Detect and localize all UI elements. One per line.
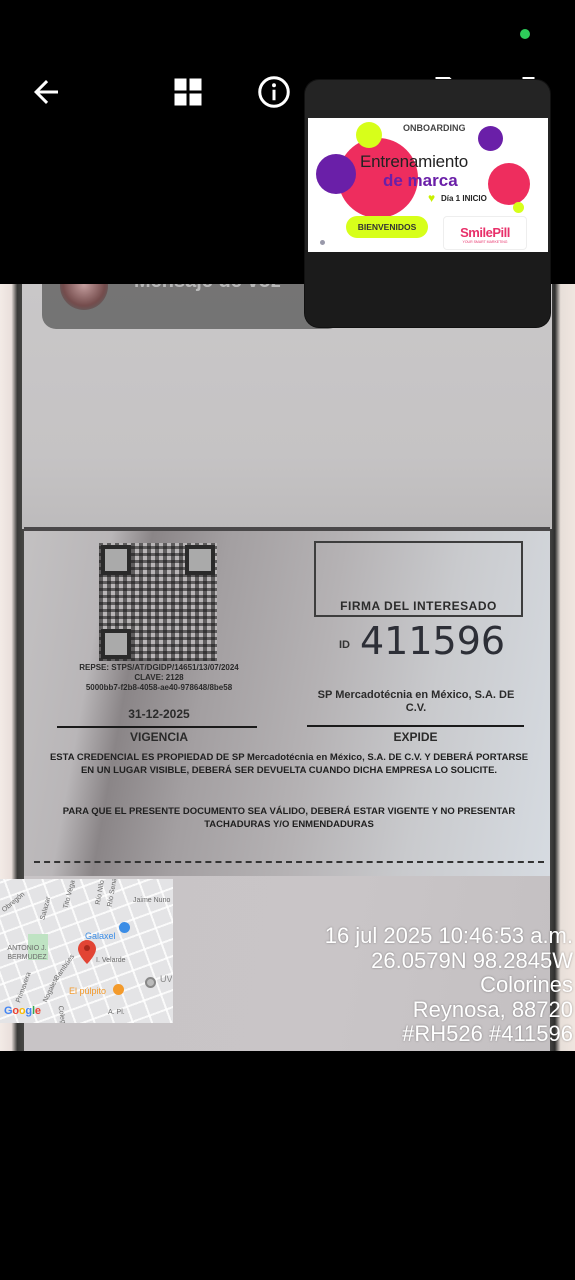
qr-code — [99, 543, 217, 661]
poi-label: El púlpito — [69, 986, 106, 996]
decor-circle — [478, 126, 503, 151]
legal-text-validity: PARA QUE EL PRESENTE DOCUMENTO SEA VÁLID… — [54, 805, 524, 831]
signature-label: FIRMA DEL INTERESADO — [316, 599, 521, 613]
status-indicator-dot — [520, 29, 530, 39]
validity-label: VIGENCIA — [59, 730, 259, 744]
street-label: Colegio — [56, 1005, 67, 1023]
divider — [307, 725, 524, 727]
location-pin-icon — [78, 940, 96, 964]
gps-timestamp-overlay: 16 jul 2025 10:46:53 a.m. 26.0579N 98.28… — [325, 924, 573, 1047]
pip-lower-area — [305, 250, 550, 327]
brand-name: SmilePill — [444, 225, 526, 240]
uuid-text: 5000bb7-f2b8-4058-ae40-978648/8be58 — [44, 683, 274, 692]
info-icon[interactable] — [256, 74, 292, 110]
area-label: ANTONIO J. BERMUDEZ — [5, 944, 49, 962]
street-label: A. Pl. — [108, 1009, 125, 1016]
picture-in-picture-window[interactable]: ONBOARDING Entrenamiento de marca ♥ Día … — [305, 80, 550, 327]
timestamp-neighborhood: Colorines — [325, 973, 573, 998]
clave-text: CLAVE: 2128 — [44, 673, 274, 682]
slide-title: Entrenamiento — [360, 152, 468, 172]
street-label: Jaime Nuno — [133, 897, 170, 904]
voice-message-label: Mensaje de voz — [134, 284, 281, 293]
restaurant-icon — [113, 984, 124, 995]
decor-circle — [488, 163, 530, 205]
welcome-badge: BIENVENIDOS — [346, 216, 428, 238]
google-logo: Google — [4, 1005, 41, 1017]
street-label: Obregón — [1, 891, 26, 914]
issuer-label: EXPIDE — [307, 730, 524, 744]
university-icon — [145, 977, 156, 988]
dashed-cut-line — [34, 861, 544, 863]
slide-day-label: Día 1 INICIO — [441, 194, 487, 203]
grid-icon[interactable] — [170, 74, 206, 110]
timestamp-tags: #RH526 #411596 — [325, 1022, 573, 1047]
poi-label: UV Val — [160, 974, 173, 984]
street-label: Primavera — [15, 971, 32, 1003]
brand-logo: SmilePill YOUR SMART MARKETING — [443, 216, 527, 250]
avatar — [60, 284, 108, 310]
divider — [57, 726, 257, 728]
validity-date: 31-12-2025 — [59, 707, 259, 721]
presentation-slide: ONBOARDING Entrenamiento de marca ♥ Día … — [308, 118, 548, 252]
employee-credential: REPSE: STPS/AT/DGIDP/14651/13/07/2024 CL… — [24, 527, 550, 879]
brand-tagline: YOUR SMART MARKETING — [444, 240, 526, 244]
location-map-thumbnail[interactable]: Obregón Salazar Tito Vega Río Nilo Río S… — [0, 879, 173, 1023]
repse-text: REPSE: STPS/AT/DGIDP/14651/13/07/2024 — [44, 663, 274, 672]
back-arrow-icon[interactable] — [28, 74, 64, 110]
street-label: Tito Vega — [62, 879, 76, 909]
decor-circle — [316, 154, 356, 194]
id-number: 411596 — [360, 619, 505, 663]
timestamp-datetime: 16 jul 2025 10:46:53 a.m. — [325, 924, 573, 949]
id-prefix: ID — [339, 639, 350, 651]
signature-box: FIRMA DEL INTERESADO — [314, 541, 523, 617]
street-label: Nogales — [42, 977, 59, 1003]
legal-text-ownership: ESTA CREDENCIAL ES PROPIEDAD DE SP Merca… — [44, 751, 534, 777]
street-label: Bambúes — [53, 953, 76, 981]
shopping-icon — [119, 922, 130, 933]
street-label: Río Nilo — [95, 880, 106, 906]
slide-indicator-icon — [320, 240, 325, 245]
decor-circle — [356, 122, 382, 148]
street-label: Salazar — [39, 896, 52, 921]
issuer-name: SP Mercadotécnia en México, S.A. DE C.V. — [306, 689, 526, 715]
voice-message-bubble: Mensaje de voz — [42, 284, 342, 329]
slide-kicker: ONBOARDING — [403, 123, 466, 133]
slide-subtitle: de marca — [383, 171, 458, 191]
timestamp-coordinates: 26.0579N 98.2845W — [325, 949, 573, 974]
heart-icon: ♥ — [428, 193, 440, 203]
decor-circle — [513, 202, 524, 213]
timestamp-city: Reynosa, 88720 — [325, 998, 573, 1023]
street-label: I. Velarde — [96, 957, 126, 964]
street-label: Río Sena — [107, 879, 119, 907]
